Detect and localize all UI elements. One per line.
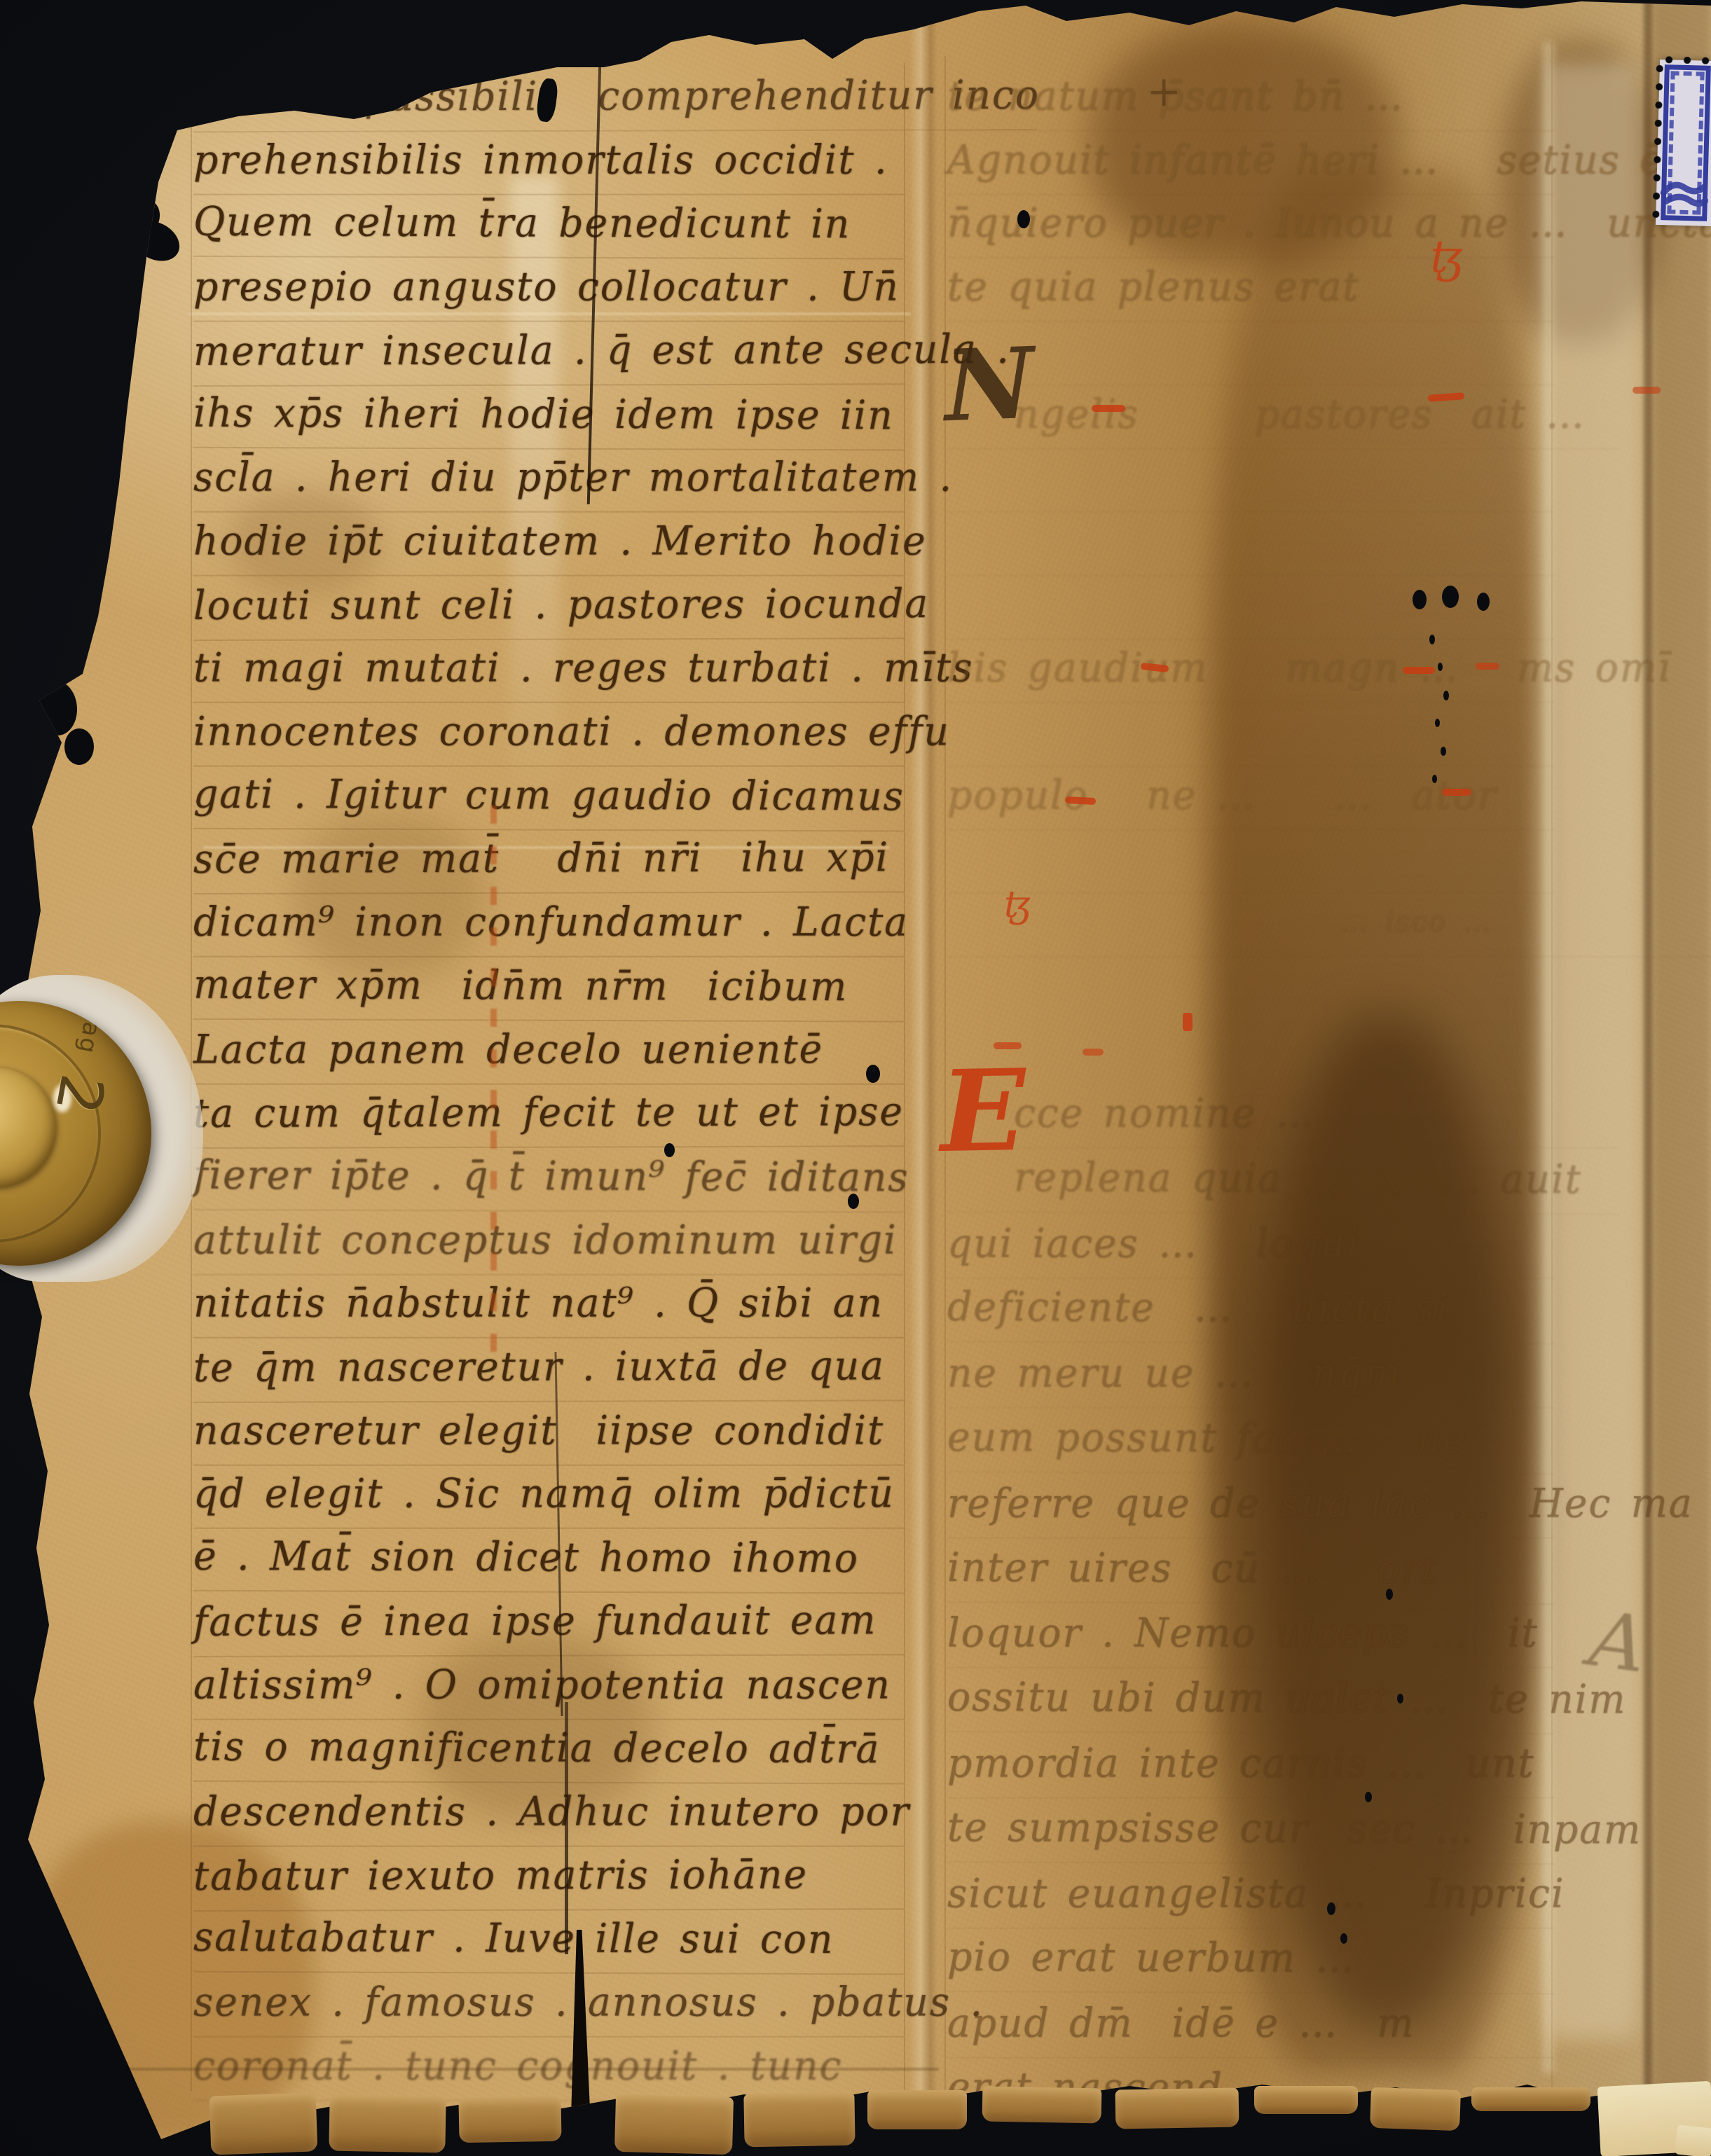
wormhole [1429, 635, 1435, 644]
text-line: sicut euangelista … Inprici [947, 1866, 1554, 1928]
text-line: attulit conceptus idominum uirgi [193, 1212, 904, 1275]
text-line: meratur insecula . q̄ est ante secula . [193, 322, 904, 387]
bottom-tab [329, 2095, 446, 2153]
bottom-tab [209, 2092, 318, 2155]
wormhole [664, 1143, 675, 1157]
text-line: q̄d elegit . Sic namq̄ olim p̄dictū [193, 1467, 904, 1529]
text-line: tis o magnificentia decelo adt̄rā [193, 1720, 904, 1785]
wormhole [1365, 1792, 1372, 1802]
text-line: ossitu ubi dum ualet … te nim [947, 1670, 1554, 1735]
text-line: deficiente … uic̄ta si [947, 1280, 1554, 1345]
rubric-flourish: ꜩ [1429, 231, 1463, 283]
stamp-perforation-icon [1660, 56, 1711, 64]
text-line: te q̄m nasceretur . iuxtā de qua [193, 1339, 904, 1403]
weight-stamped-letters: ag [72, 1020, 105, 1057]
wormhole [1340, 1933, 1347, 1944]
wormhole [1432, 775, 1437, 783]
rubric-squiggle: ꜩ [1003, 884, 1031, 926]
bottom-tab [1115, 2087, 1239, 2129]
initial-letter-n: N [942, 326, 1036, 444]
right-fold-line [1644, 0, 1652, 2094]
bottom-tab [1254, 2086, 1358, 2114]
wormhole [1441, 747, 1446, 756]
postage-stamp [1656, 60, 1711, 226]
manuscript-photo: mpassibilis comprehenditur incoprehensib… [0, 0, 1711, 2156]
wormhole [1017, 210, 1030, 228]
rubric-dash [1083, 1049, 1104, 1056]
wormhole [1397, 1694, 1403, 1704]
text-line: locuti sunt celi . pastores iocunda [193, 576, 904, 640]
text-line: eum possunt fac … ne [947, 1410, 1554, 1475]
ink-cross-mark: + [1146, 67, 1181, 116]
text-line: Lacta panem decelo uenientē [193, 1022, 904, 1084]
text-line: factus ē inea ipse fundauit eam [193, 1593, 904, 1657]
wormhole [1413, 590, 1427, 609]
text-line: descendentis . Adhuc inutero por [193, 1784, 904, 1846]
text-line: pmordia inte carnis … unt [947, 1736, 1554, 1798]
text-line: senex . famosus . annosus . pbatus . [193, 1975, 904, 2037]
wormhole [1327, 1902, 1335, 1915]
text-line: mater xp̄m idn̄m nr̄m icibum [193, 957, 904, 1022]
text-line: presepio angusto collocatur . Un̄ [193, 259, 904, 322]
edge-loss [44, 165, 121, 227]
edge-loss [64, 728, 94, 765]
text-line: replena quia … x … auit [947, 1149, 1621, 1215]
text-line: inter uires cū … ort [947, 1540, 1554, 1605]
text-line: ē . Mat̄ sion dicet homo ihomo [193, 1529, 904, 1594]
text-line: gati . Igitur cum gaudio dicamus [193, 766, 904, 831]
text-line: pio erat uerbum … [947, 1930, 1554, 1995]
crack [565, 1702, 568, 1954]
text-line: ihs xp̄s iheri hodie idem ipse iin [193, 385, 904, 450]
wormhole [1477, 593, 1490, 611]
rubric-dash [1633, 387, 1661, 394]
bottom-tab [1471, 2087, 1590, 2111]
bottom-tab [743, 2092, 855, 2148]
rubric-dash [994, 1042, 1022, 1049]
wormhole [1435, 719, 1440, 727]
text-line: sc̄e marie mat̄ dn̄i nr̄i ihu xp̄i [193, 830, 904, 894]
edge-loss [36, 681, 77, 735]
text-line: ti magi mutati . reges turbati . mīts [193, 641, 904, 703]
wormhole [1442, 586, 1459, 608]
initial-letter-e-rubric: E [939, 1044, 1026, 1177]
wormhole [866, 1065, 880, 1083]
cream-parchment-scrap [1675, 2124, 1711, 2156]
text-line: qui iaces … loqui [947, 1216, 1554, 1278]
text-line: scl̄a . heri diu pp̄ter mortalitatem . [193, 450, 904, 512]
text-line: nitatis n̄abstulit nat⁹ . Q̄ sibi an [193, 1276, 904, 1339]
text-line: salutabatur . Iuve ille sui con [193, 1910, 904, 1975]
rubric-dash [1403, 667, 1435, 674]
bottom-tab [1370, 2087, 1461, 2131]
wormhole [1438, 663, 1443, 671]
wormhole [1386, 1589, 1393, 1600]
text-line: ta cum q̄talem fecit te ut et ipse [193, 1084, 904, 1149]
text-line: dicam⁹ inon confundamur . Lacta [193, 894, 904, 957]
text-line: ne meru ue … nq̄m [947, 1346, 1554, 1408]
rubric-dash [1476, 663, 1499, 670]
text-line: coronat̄ . tunc cognouit . tunc [193, 2038, 904, 2101]
rust-streak [490, 806, 497, 1373]
bottom-tab [867, 2090, 967, 2129]
rubric-mark [1183, 1013, 1193, 1031]
text-column-right-lower: cce nomine …replena quia … x … auitqui i… [947, 0, 1554, 2156]
wormhole [848, 1194, 859, 1209]
text-line: apud dm̄ idē e … m [947, 1996, 1554, 2058]
parchment-leaf: mpassibilis comprehenditur incoprehensib… [0, 0, 1711, 2156]
text-line: prehensibilis inmortalis occidit . [193, 132, 904, 195]
bottom-tab [614, 2094, 734, 2155]
text-line: fierer ip̄te . q̄ t̄ imun⁹ fec̄ iditans [193, 1147, 904, 1212]
text-line: cce nomine … [947, 1086, 1621, 1148]
text-line: nasceretur elegit iipse condidit [193, 1403, 904, 1465]
wormhole [1443, 691, 1449, 700]
text-column-left: mpassibilis comprehenditur incoprehensib… [193, 0, 904, 2156]
bottom-tab [458, 2096, 561, 2143]
text-line: altissim⁹ . O omipotentia nascen [193, 1657, 904, 1720]
text-line: referre que de sua lac … Hec ma [947, 1476, 1554, 1538]
text-line: loquor . Nemo uiceps … it [947, 1606, 1554, 1668]
bottom-tab [982, 2087, 1102, 2124]
text-line: tabatur iexuto matris iohāne [193, 1846, 904, 1911]
rubric-dash [1092, 405, 1125, 412]
text-line: te sumpsisse cur sec … inpam [947, 1800, 1554, 1865]
text-line: innocentes coronati . demones effu [193, 704, 904, 766]
text-line: hodie ip̄t ciuitatem . Merito hodie [193, 513, 904, 576]
rubric-dash [1442, 789, 1471, 796]
text-line: Quem celum t̄ra benedicunt in [193, 195, 904, 260]
text-line: mpassibilis comprehenditur inco [193, 68, 1037, 133]
stamp-scribble-icon [1658, 165, 1709, 215]
